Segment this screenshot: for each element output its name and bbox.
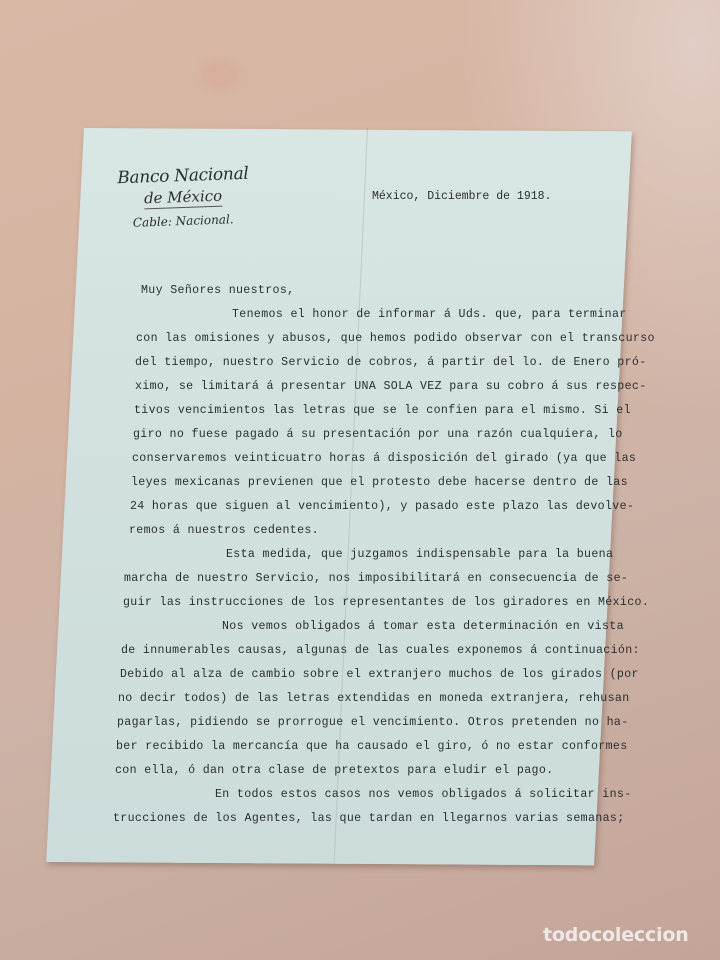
letter-line: del tiempo, nuestro Servicio de cobros, …	[135, 356, 647, 369]
letter-line: de innumerables causas, algunas de las c…	[121, 644, 640, 657]
letter-body: Muy Señores nuestros, Tenemos el honor d…	[0, 0, 720, 960]
letter-line: giro no fuese pagado á su presentación p…	[133, 428, 623, 441]
letter-line: En todos estos casos nos vemos obligados…	[215, 788, 632, 801]
letter-line: leyes mexicanas previenen que el protest…	[131, 476, 628, 489]
letter-line: marcha de nuestro Servicio, nos imposibi…	[124, 572, 628, 585]
letter-line: Nos vemos obligados á tomar esta determi…	[222, 620, 624, 633]
watermark-logo: todocoleccion	[543, 924, 689, 946]
letter-line: Esta medida, que juzgamos indispensable …	[226, 548, 613, 561]
letter-line: ber recibido la mercancía que ha causado…	[116, 740, 628, 753]
letter-line: 24 horas que siguen al vencimiento), y p…	[130, 500, 634, 513]
letter-salutation: Muy Señores nuestros,	[141, 284, 294, 297]
letter-line: tivos vencimientos las letras que se le …	[134, 404, 631, 417]
letter-line: Tenemos el honor de informar á Uds. que,…	[232, 308, 627, 321]
letter-line: no decir todos) de las letras extendidas…	[118, 692, 630, 705]
letter-line: Debido al alza de cambio sobre el extran…	[120, 668, 639, 681]
letter-line: remos á nuestros cedentes.	[129, 524, 319, 537]
letter-line: guir las instrucciones de los representa…	[123, 596, 649, 609]
letter-line: trucciones de los Agentes, las que tarda…	[113, 812, 625, 825]
letter-line: con las omisiones y abusos, que hemos po…	[136, 332, 655, 345]
letter-line: ximo, se limitará á presentar UNA SOLA V…	[135, 380, 647, 393]
letter-line: pagarlas, pidiendo se prorrogue el venci…	[117, 716, 629, 729]
letter-line: con ella, ó dan otra clase de pretextos …	[115, 764, 553, 777]
letter-line: conservaremos veinticuatro horas á dispo…	[132, 452, 636, 465]
